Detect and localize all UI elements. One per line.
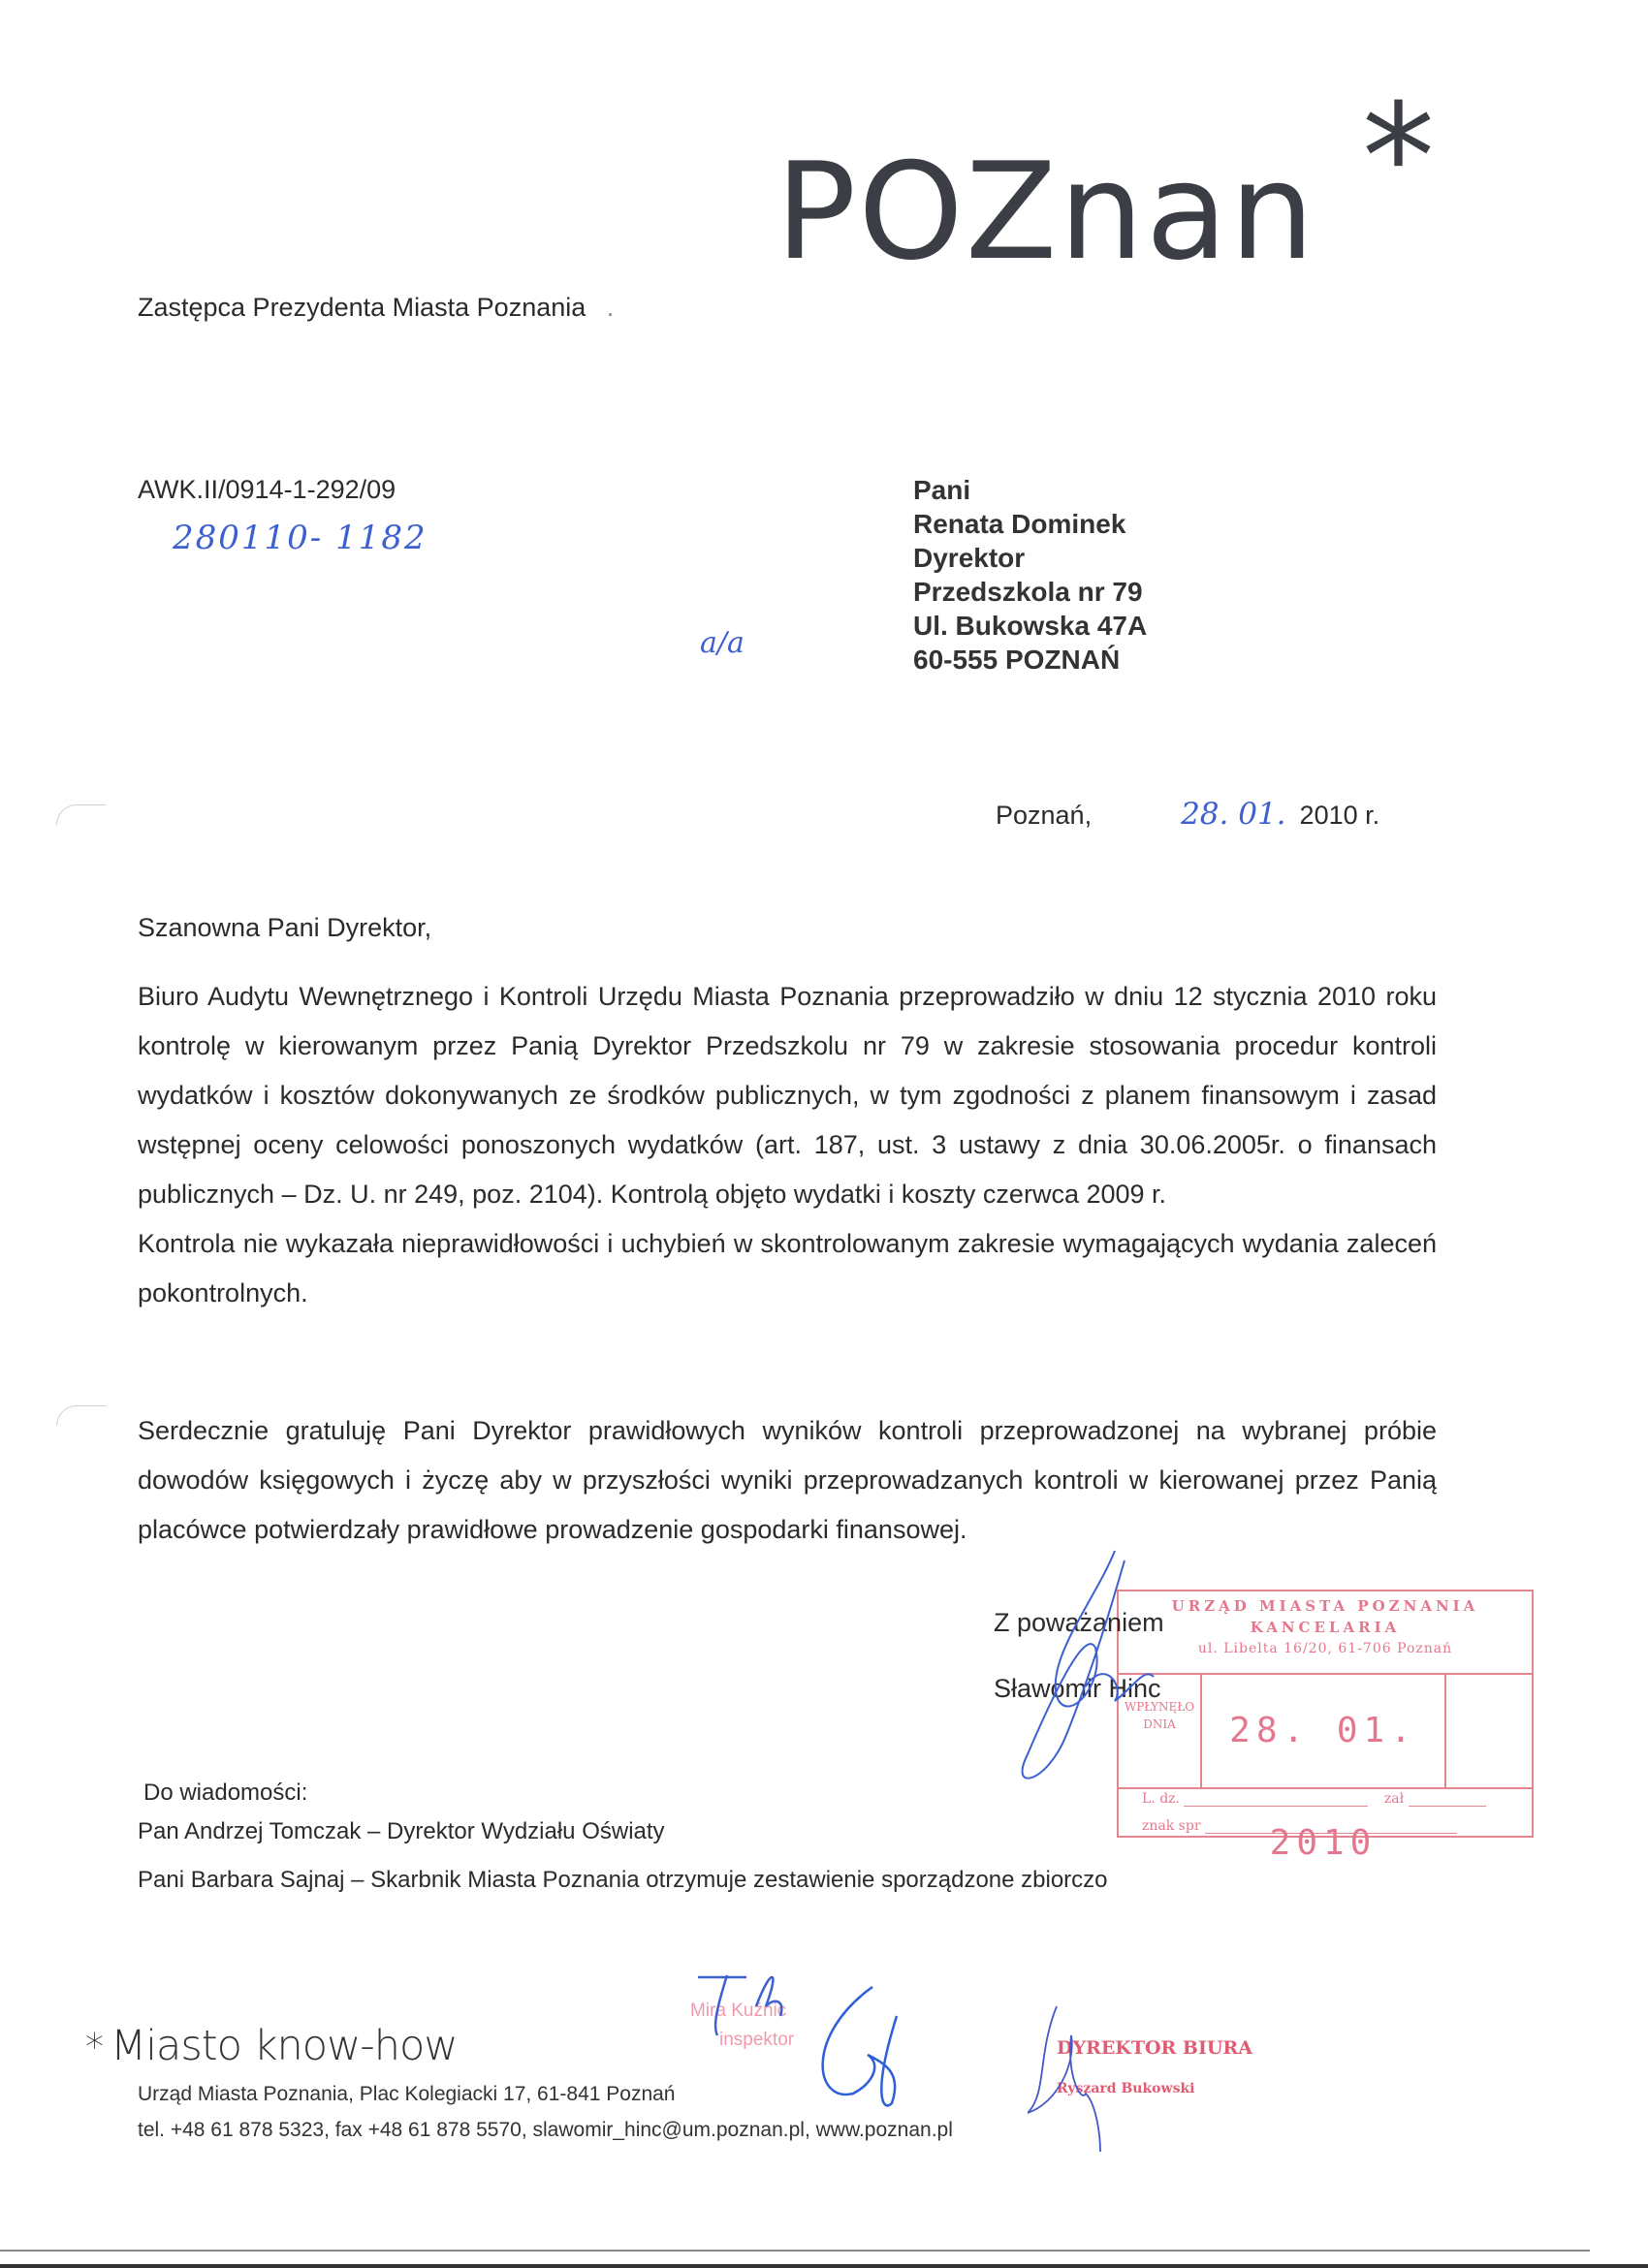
scan-edge-line xyxy=(0,2250,1590,2252)
stamp-header: URZĄD MIASTA POZNANIA KANCELARIA ul. Lib… xyxy=(1119,1591,1532,1659)
slogan-text: Miasto know-how xyxy=(111,2022,458,2070)
body-paragraph-1: Biuro Audytu Wewnętrznego i Kontroli Urz… xyxy=(138,972,1437,1318)
closing-greeting: Z poważaniem xyxy=(994,1590,1164,1655)
closing: Z poważaniem Sławomir Hinc xyxy=(994,1590,1164,1721)
sender-title-text: Zastępca Prezydenta Miasta Poznania xyxy=(138,293,586,322)
date-year: 2010 r. xyxy=(1300,801,1380,830)
date-line: Poznań,28. 01.2010 r. xyxy=(996,797,1379,832)
director-stamp: DYREKTOR BIURA Ryszard Bukowski xyxy=(1057,2028,1252,2109)
footer-slogan: *Miasto know-how xyxy=(85,2022,458,2070)
sender-trailing-dot: . xyxy=(607,293,615,322)
stamp-register-row: L. dz. zał xyxy=(1142,1791,1486,1807)
stamp-date-row: WPŁYNĘŁO DNIA 28. 01. 2010 xyxy=(1119,1673,1532,1789)
footer-address: Urząd Miasta Poznania, Plac Kolegiacki 1… xyxy=(138,2076,953,2112)
scan-edge-bar xyxy=(0,2264,1648,2268)
recipient-line: Przedszkola nr 79 xyxy=(913,575,1147,609)
body-text: Kontrola nie wykazała nieprawidłowości i… xyxy=(138,1219,1437,1318)
stamp-attachments-label: zał xyxy=(1384,1791,1404,1807)
body-text: Serdecznie gratuluję Pani Dyrektor prawi… xyxy=(138,1406,1437,1555)
recipient-line: Dyrektor xyxy=(913,541,1147,575)
stamp-received-date: 28. 01. 2010 xyxy=(1200,1675,1446,1787)
director-title: DYREKTOR BIURA xyxy=(1057,2028,1252,2068)
handwritten-date: 28. 01. xyxy=(1181,797,1285,832)
recipient-line: Ul. Bukowska 47A xyxy=(913,609,1147,643)
logo-asterisk-icon: * xyxy=(1362,85,1435,231)
body-text: Biuro Audytu Wewnętrznego i Kontroli Urz… xyxy=(138,972,1437,1219)
recipient-line: 60-555 POZNAŃ xyxy=(913,643,1147,677)
handwritten-mark: a/a xyxy=(700,626,745,660)
cc-recipient: Pani Barbara Sajnaj – Skarbnik Miasta Po… xyxy=(138,1861,1108,1900)
footer-contact-info: tel. +48 61 878 5323, fax +48 61 878 557… xyxy=(138,2112,953,2148)
inspector-name: Mira Kuźnic xyxy=(690,1997,794,2026)
stamp-register-label: L. dz. xyxy=(1142,1791,1180,1807)
case-number: AWK.II/0914-1-292/09 xyxy=(138,475,396,505)
stamp-office: URZĄD MIASTA POZNANIA xyxy=(1119,1595,1532,1617)
handwritten-registration-number: 280110- 1182 xyxy=(173,519,428,557)
recipient-line: Renata Dominek xyxy=(913,507,1147,541)
recipient-address: Pani Renata Dominek Dyrektor Przedszkola… xyxy=(913,473,1147,677)
stamp-address: ul. Libelta 16/20, 61-706 Poznań xyxy=(1119,1638,1532,1659)
stamp-case-mark-label: znak spr xyxy=(1142,1818,1201,1834)
fold-mark xyxy=(56,1405,106,1426)
received-stamp: URZĄD MIASTA POZNANIA KANCELARIA ul. Lib… xyxy=(1117,1590,1534,1838)
cc-list: Do wiadomości: Pan Andrzej Tomczak – Dyr… xyxy=(143,1774,1108,1900)
director-name: Ryszard Bukowski xyxy=(1057,2068,1252,2109)
salutation: Szanowna Pani Dyrektor, xyxy=(138,913,431,943)
fold-mark xyxy=(56,804,106,825)
cc-heading: Do wiadomości: xyxy=(143,1774,1108,1812)
stamp-case-mark-row: znak spr xyxy=(1142,1818,1457,1834)
footer-contact: Urząd Miasta Poznania, Plac Kolegiacki 1… xyxy=(138,2076,953,2148)
stamp-department: KANCELARIA xyxy=(1119,1617,1532,1638)
inspector-stamp: Mira Kuźnic inspektor xyxy=(690,1997,794,2055)
date-place: Poznań, xyxy=(996,801,1092,830)
poznan-logo: POZnan xyxy=(776,145,1316,279)
signatory-name: Sławomir Hinc xyxy=(994,1655,1164,1721)
sender-title: Zastępca Prezydenta Miasta Poznania . xyxy=(138,293,614,323)
inspector-role: inspektor xyxy=(719,2026,794,2055)
body-paragraph-2: Serdecznie gratuluję Pani Dyrektor prawi… xyxy=(138,1406,1437,1555)
cc-recipient: Pan Andrzej Tomczak – Dyrektor Wydziału … xyxy=(138,1812,1108,1851)
recipient-line: Pani xyxy=(913,473,1147,507)
asterisk-icon: * xyxy=(85,2026,103,2068)
